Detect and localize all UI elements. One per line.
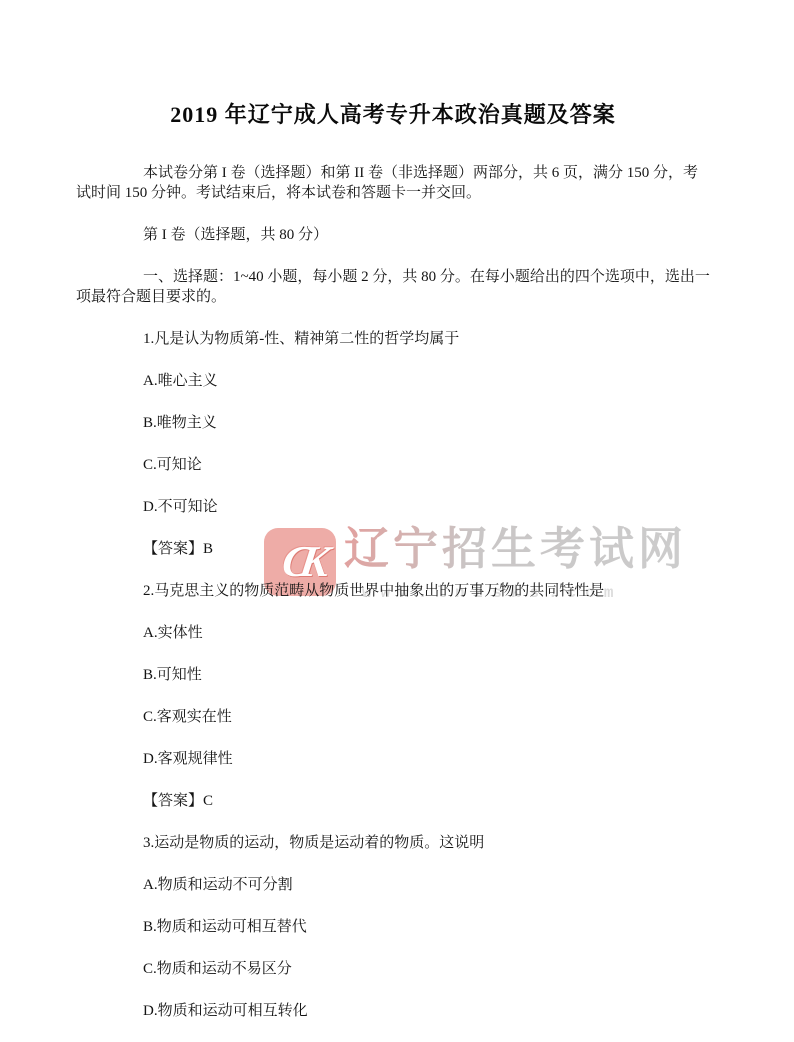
intro-paragraph: 本试卷分第 I 卷（选择题）和第 II 卷（非选择题）两部分，共 6 页，满分 … <box>76 163 710 203</box>
selection-instructions: 一、选择题：1~40 小题，每小题 2 分，共 80 分。在每小题给出的四个选项… <box>76 267 710 307</box>
option-item: A.物质和运动不可分割 <box>76 875 710 895</box>
option-item: D.物质和运动可相互转化 <box>76 1001 710 1021</box>
option-item: D.不可知论 <box>76 497 710 517</box>
option-item: D.客观规律性 <box>76 749 710 769</box>
document-page: 2019 年辽宁成人高考专升本政治真题及答案 本试卷分第 I 卷（选择题）和第 … <box>0 0 794 1021</box>
page-title: 2019 年辽宁成人高考专升本政治真题及答案 <box>76 101 710 129</box>
option-item: C.可知论 <box>76 455 710 475</box>
answer-line: 【答案】B <box>76 539 710 559</box>
question-text: 2.马克思主义的物质范畴从物质世界中抽象出的万事万物的共同特性是 <box>76 581 710 601</box>
option-item: A.唯心主义 <box>76 371 710 391</box>
question-text: 3.运动是物质的运动，物质是运动着的物质。这说明 <box>76 833 710 853</box>
option-item: B.物质和运动可相互替代 <box>76 917 710 937</box>
option-item: A.实体性 <box>76 623 710 643</box>
option-item: B.可知性 <box>76 665 710 685</box>
question-text: 1.凡是认为物质第-性、精神第二性的哲学均属于 <box>76 329 710 349</box>
section-header: 第 I 卷（选择题，共 80 分） <box>76 225 710 245</box>
option-item: B.唯物主义 <box>76 413 710 433</box>
answer-line: 【答案】C <box>76 791 710 811</box>
option-item: C.物质和运动不易区分 <box>76 959 710 979</box>
option-item: C.客观实在性 <box>76 707 710 727</box>
